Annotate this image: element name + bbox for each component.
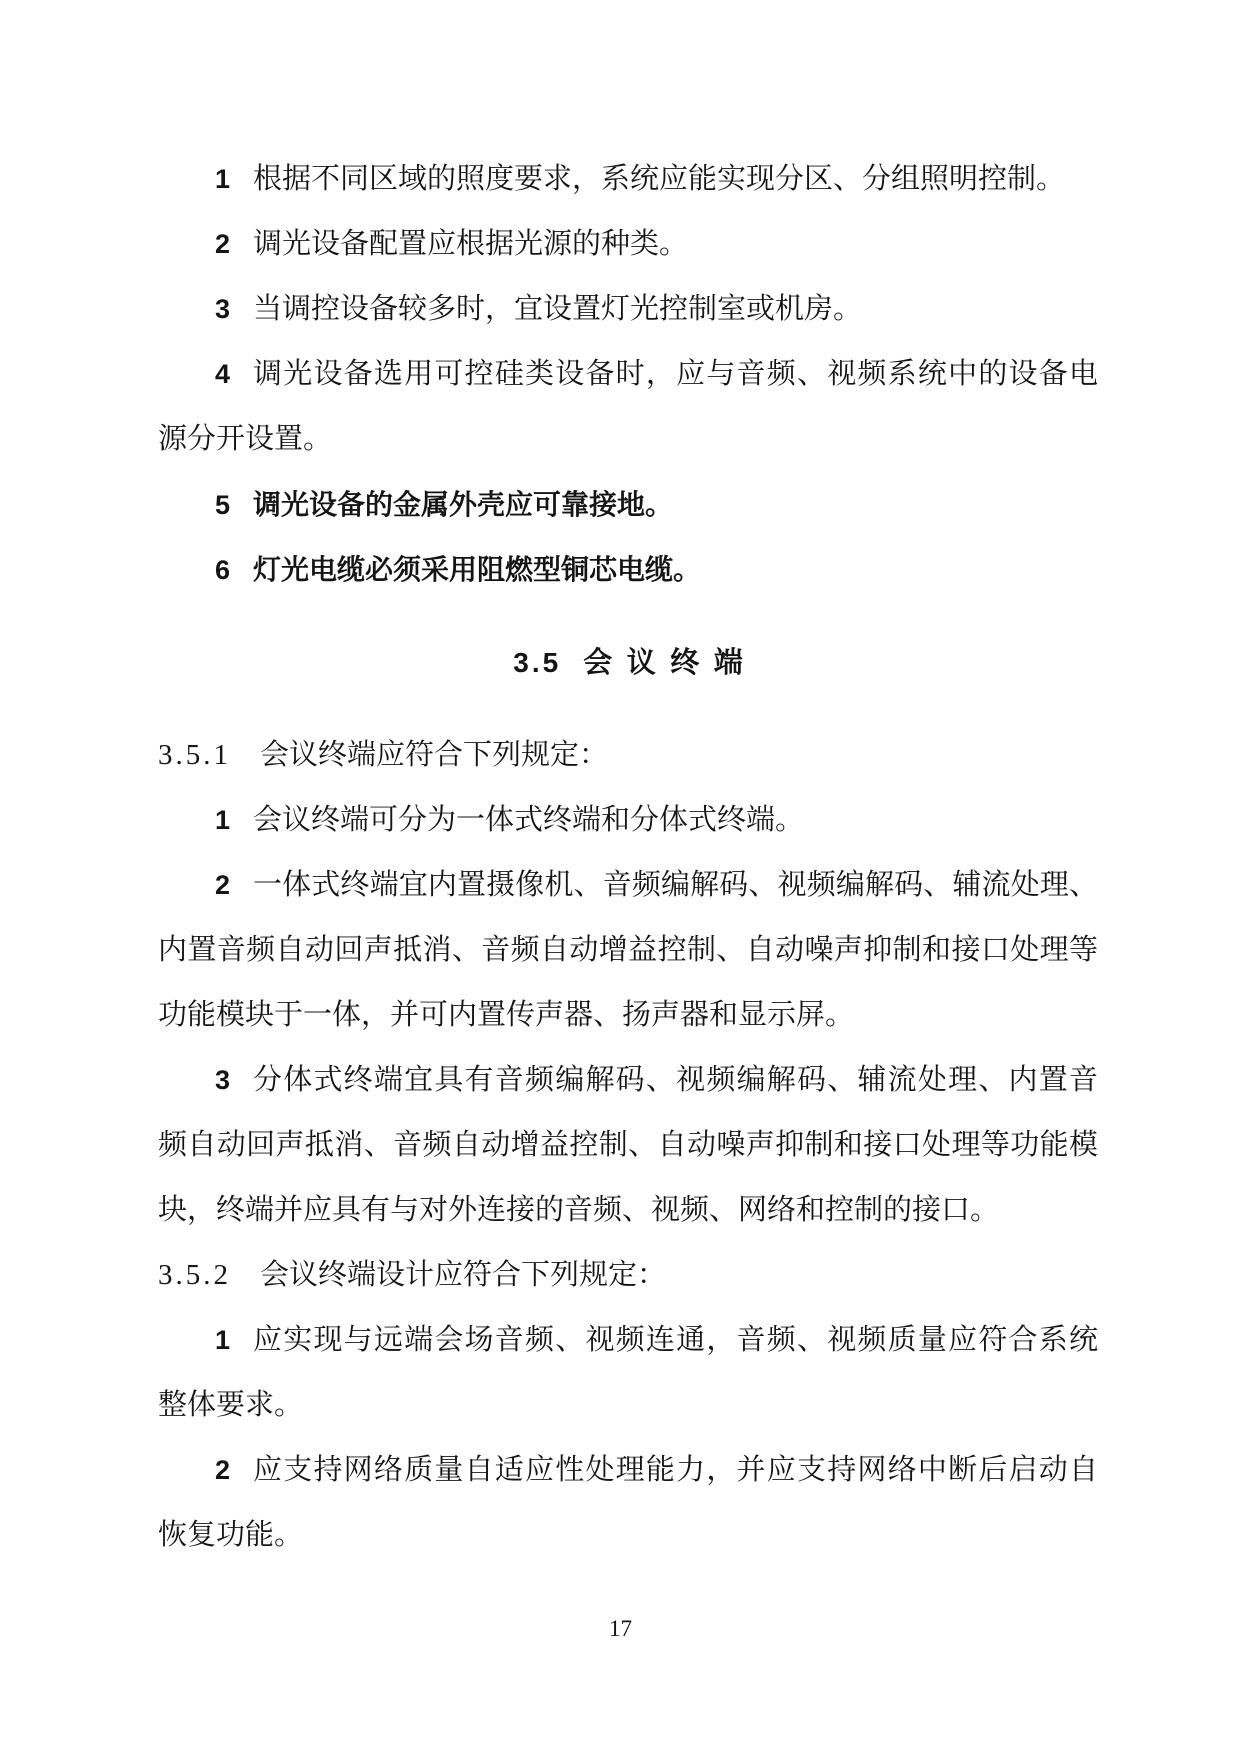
item-number: 3 bbox=[215, 1048, 253, 1113]
continuation-line: 恢复功能。 bbox=[158, 1503, 1098, 1568]
line-text: 灯光电缆必须采用阻燃型铜芯电缆。 bbox=[253, 554, 701, 585]
line-text: 块，终端并应具有与对外连接的音频、视频、网络和控制的接口。 bbox=[158, 1194, 999, 1226]
item-number: 2 bbox=[215, 212, 253, 277]
line-text: 会议终端应符合下列规定： bbox=[260, 739, 608, 771]
line-text: 一体式终端宜内置摄像机、音频编解码、视频编解码、辅流处理、 bbox=[253, 853, 1098, 918]
item-number: 5 bbox=[215, 473, 253, 538]
heading-number: 3.5 bbox=[513, 647, 561, 678]
line-text: 源分开设置。 bbox=[158, 423, 332, 455]
document-page: 1根据不同区域的照度要求，系统应能实现分区、分组照明控制。2调光设备配置应根据光… bbox=[0, 0, 1241, 1754]
continuation-line: 块，终端并应具有与对外连接的音频、视频、网络和控制的接口。 bbox=[158, 1178, 1098, 1243]
line-text: 分体式终端宜具有音频编解码、视频编解码、辅流处理、内置音 bbox=[253, 1048, 1098, 1113]
line-text: 功能模块于一体，并可内置传声器、扬声器和显示屏。 bbox=[158, 999, 854, 1031]
clause-heading-line: 3.5.1会议终端应符合下列规定： bbox=[158, 723, 1098, 788]
item-number: 3 bbox=[215, 277, 253, 342]
numbered-item-line: 1应实现与远端会场音频、视频连通，音频、视频质量应符合系统 bbox=[158, 1308, 1098, 1373]
line-text: 会议终端可分为一体式终端和分体式终端。 bbox=[253, 804, 804, 836]
line-text: 内置音频自动回声抵消、音频自动增益控制、自动噪声抑制和接口处理等 bbox=[158, 918, 1098, 983]
continuation-line: 频自动回声抵消、音频自动增益控制、自动噪声抑制和接口处理等功能模 bbox=[158, 1113, 1098, 1178]
item-number: 2 bbox=[215, 1438, 253, 1503]
line-text: 会议终端 bbox=[583, 647, 757, 679]
item-number: 6 bbox=[215, 538, 253, 603]
line-text: 根据不同区域的照度要求，系统应能实现分区、分组照明控制。 bbox=[253, 163, 1065, 195]
continuation-line: 整体要求。 bbox=[158, 1373, 1098, 1438]
line-text: 调光设备的金属外壳应可靠接地。 bbox=[253, 489, 673, 520]
line-text: 频自动回声抵消、音频自动增益控制、自动噪声抑制和接口处理等功能模 bbox=[158, 1113, 1098, 1178]
continuation-line: 内置音频自动回声抵消、音频自动增益控制、自动噪声抑制和接口处理等 bbox=[158, 918, 1098, 983]
item-number: 1 bbox=[215, 788, 253, 853]
continuation-line: 源分开设置。 bbox=[158, 407, 1098, 472]
line-text: 会议终端设计应符合下列规定： bbox=[260, 1259, 666, 1291]
numbered-item-line: 4调光设备选用可控硅类设备时，应与音频、视频系统中的设备电 bbox=[158, 342, 1098, 407]
numbered-item-line: 3分体式终端宜具有音频编解码、视频编解码、辅流处理、内置音 bbox=[158, 1048, 1098, 1113]
clause-heading-line: 3.5.2会议终端设计应符合下列规定： bbox=[158, 1243, 1098, 1308]
continuation-line: 功能模块于一体，并可内置传声器、扬声器和显示屏。 bbox=[158, 983, 1098, 1048]
page-number: 17 bbox=[0, 1614, 1241, 1644]
numbered-item-line: 2调光设备配置应根据光源的种类。 bbox=[158, 212, 1098, 277]
line-text: 应支持网络质量自适应性处理能力，并应支持网络中断后启动自 bbox=[253, 1438, 1098, 1503]
line-text: 恢复功能。 bbox=[158, 1519, 303, 1551]
line-text: 应实现与远端会场音频、视频连通，音频、视频质量应符合系统 bbox=[253, 1308, 1098, 1373]
clause-number: 3.5.1 bbox=[158, 723, 260, 788]
line-text: 调光设备选用可控硅类设备时，应与音频、视频系统中的设备电 bbox=[253, 342, 1098, 407]
document-body: 1根据不同区域的照度要求，系统应能实现分区、分组照明控制。2调光设备配置应根据光… bbox=[158, 0, 1098, 1568]
section-heading: 3.5会议终端 bbox=[158, 630, 1098, 695]
numbered-item-line: 1根据不同区域的照度要求，系统应能实现分区、分组照明控制。 bbox=[158, 147, 1098, 212]
numbered-item-line: 3当调控设备较多时，宜设置灯光控制室或机房。 bbox=[158, 277, 1098, 342]
item-number: 1 bbox=[215, 1308, 253, 1373]
numbered-item-line: 2应支持网络质量自适应性处理能力，并应支持网络中断后启动自 bbox=[158, 1438, 1098, 1503]
item-number: 4 bbox=[215, 342, 253, 407]
numbered-item-line: 1会议终端可分为一体式终端和分体式终端。 bbox=[158, 788, 1098, 853]
numbered-item-line: 6灯光电缆必须采用阻燃型铜芯电缆。 bbox=[158, 537, 1098, 602]
line-text: 调光设备配置应根据光源的种类。 bbox=[253, 228, 688, 260]
line-text: 当调控设备较多时，宜设置灯光控制室或机房。 bbox=[253, 293, 862, 325]
clause-number: 3.5.2 bbox=[158, 1243, 260, 1308]
numbered-item-line: 2一体式终端宜内置摄像机、音频编解码、视频编解码、辅流处理、 bbox=[158, 853, 1098, 918]
item-number: 1 bbox=[215, 147, 253, 212]
line-text: 整体要求。 bbox=[158, 1389, 303, 1421]
numbered-item-line: 5调光设备的金属外壳应可靠接地。 bbox=[158, 472, 1098, 537]
item-number: 2 bbox=[215, 853, 253, 918]
